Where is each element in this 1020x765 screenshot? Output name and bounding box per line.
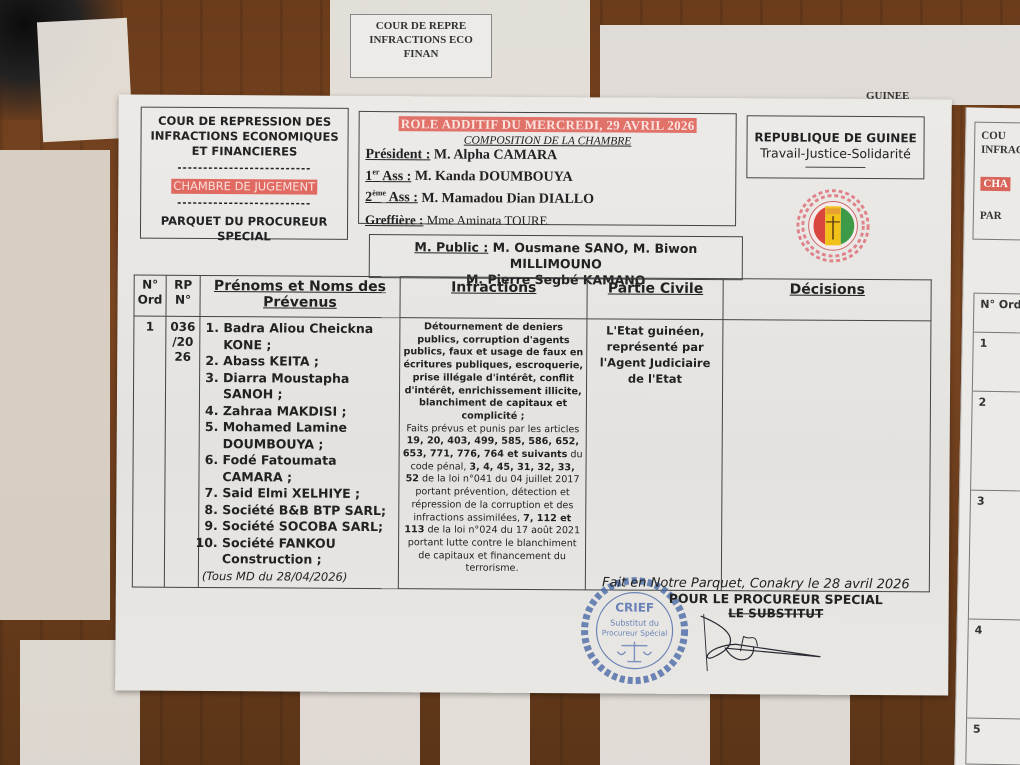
for-prosecutor-label: POUR LE PROCUREUR SPECIAL: [626, 591, 926, 608]
president-name: M. Alpha CAMARA: [434, 147, 557, 163]
court-name: COUR DE REPRESSION DES INFRACTIONS ECONO…: [141, 114, 347, 160]
prosecutors-line1: M. Ousmane SANO, M. Biwon MILLIMOUNO: [493, 240, 698, 272]
torn-paper-scrap: [600, 25, 1020, 105]
assessor2-name: M. Mamadou Dian DIALLO: [421, 191, 594, 207]
case-order-number: 1: [132, 316, 166, 587]
president-line: Président : M. Alpha CAMARA: [365, 146, 729, 165]
accused-item: Société SOCOBA SARL;: [222, 518, 395, 536]
president-label: Président :: [365, 147, 430, 162]
handwritten-signature-icon: [695, 606, 825, 677]
col-header-accused: Prénoms et Noms des Prévenus: [200, 275, 400, 317]
adjacent-col-header: N° Ord: [974, 294, 1020, 334]
assessor2-label-text: Ass :: [389, 190, 418, 205]
assessor1-name: M. Kanda DOUMBOUYA: [415, 169, 573, 185]
col-header-num: N° Ord: [134, 275, 166, 316]
charges-text: Détournement de deniers publics, corrupt…: [403, 321, 583, 422]
torn-paper-scrap: [0, 150, 110, 620]
hearing-roll-table: N° Ord RP N° Prénoms et Noms des Prévenu…: [132, 275, 932, 593]
old-header-line: FINAN: [351, 47, 491, 61]
detention-note: (Tous MD du 28/04/2026): [202, 567, 395, 585]
table-row: 1 036 /20 26 Badra Aliou Cheickna KONE ;…: [132, 316, 931, 592]
adjacent-table: N° Ord 1 2 3 4 5: [965, 293, 1020, 765]
torn-paper-scrap: [440, 690, 530, 765]
stamp-line1: Substitut du: [610, 618, 659, 627]
public-ministry-box: M. Public : M. Ousmane SANO, M. Biwon MI…: [369, 234, 743, 280]
assessor1-label: 1er Ass :: [365, 169, 411, 184]
adjacent-notice-sheet: COU INFRAC CHA PAR N° Ord 1 2 3 4 5: [954, 107, 1020, 765]
assessor2-label: 2ème Ass :: [365, 190, 418, 205]
assessor1-line: 1er Ass : M. Kanda DOUMBOUYA: [365, 163, 729, 187]
court-header-box: COUR DE REPRESSION DES INFRACTIONS ECONO…: [140, 107, 349, 240]
adjacent-chamber-label: CHA: [980, 177, 1011, 192]
crief-emblem-icon: [794, 187, 872, 265]
adjacent-row: 3: [969, 491, 1020, 621]
public-ministry-label: M. Public :: [414, 239, 488, 254]
accused-item: Fodé Fatoumata CAMARA ;: [222, 452, 395, 486]
accused-item: Badra Aliou Cheickna KONE ;: [223, 320, 396, 354]
accused-item: Société B&B BTP SARL;: [222, 502, 395, 520]
civil-party-cell: L'Etat guinéen, représenté par l'Agent J…: [586, 319, 723, 591]
legal-basis-text: Faits prévus et punis par les articles: [406, 423, 579, 435]
parquet-label: PARQUET DU PROCUREUR SPECIAL: [141, 214, 347, 245]
republic-title: REPUBLIQUE DE GUINEE: [748, 130, 924, 145]
accused-item: Mohamed Lamine DOUMBOUYA ;: [223, 419, 396, 453]
public-ministry-line1: M. Public : M. Ousmane SANO, M. Biwon MI…: [370, 239, 742, 273]
separator: --------------------------: [141, 198, 347, 211]
col-header-rp: RP N°: [166, 275, 200, 316]
assessor2-line: 2ème Ass : M. Mamadou Dian DIALLO: [365, 185, 729, 209]
separator: --------------------------: [141, 163, 347, 176]
adjacent-row: 5: [966, 719, 1020, 758]
col-header-decisions: Décisions: [723, 279, 931, 321]
adjacent-notice-header: COU INFRAC CHA PAR: [972, 122, 1020, 241]
col-header-infractions: Infractions: [400, 277, 588, 319]
adjacent-header-line: COU: [981, 129, 1020, 144]
divider: [805, 167, 865, 168]
table-header-row: N° Ord RP N° Prénoms et Noms des Prévenu…: [134, 275, 931, 321]
assessor1-label-text: Ass :: [382, 169, 411, 184]
adjacent-row: 1: [973, 333, 1020, 393]
accused-item: Zahraa MAKDISI ;: [223, 403, 396, 421]
col-header-accused-text: Prénoms et Noms des Prévenus: [214, 278, 386, 311]
clerk-label: Greffière :: [365, 212, 423, 227]
accused-item: Diarra Moustapha SANOH ;: [223, 370, 396, 404]
accused-cell: Badra Aliou Cheickna KONE ; Abass KEITA …: [198, 316, 399, 588]
infractions-cell: Détournement de deniers publics, corrupt…: [398, 318, 587, 590]
role-header-box: ROLE ADDITIF DU MERCREDI, 29 AVRIL 2026 …: [358, 111, 737, 226]
accused-list: Badra Aliou Cheickna KONE ; Abass KEITA …: [202, 320, 396, 569]
old-header-line: INFRACTIONS ECO: [351, 33, 491, 47]
col-header-civil-party-text: Partie Civile: [608, 280, 703, 297]
assessor1-ordinal-suffix: er: [372, 167, 379, 176]
republic-header-box: REPUBLIQUE DE GUINEE Travail-Justice-Sol…: [746, 115, 924, 179]
adjacent-header-line: INFRAC: [981, 143, 1020, 158]
adjacent-row: 2: [971, 392, 1020, 492]
chamber-label: CHAMBRE DE JUGEMENT: [171, 179, 317, 195]
legal-basis-text: de la loi n°024 du 17 août 2021 portant …: [408, 525, 580, 575]
court-roll-notice: COUR DE REPRESSION DES INFRACTIONS ECONO…: [115, 94, 952, 695]
accused-item: Abass KEITA ;: [223, 353, 396, 371]
place-and-date: Fait en Notre Parquet, Conakry le 28 avr…: [586, 575, 926, 592]
assessor1-ordinal: 1: [365, 169, 372, 184]
role-title: ROLE ADDITIF DU MERCREDI, 29 AVRIL 2026: [399, 116, 697, 133]
col-header-infractions-text: Infractions: [451, 279, 536, 296]
old-notice-header: COUR DE REPRE INFRACTIONS ECO FINAN: [350, 14, 492, 78]
torn-paper-scrap: [300, 680, 420, 765]
clerk-line: Greffière : Mme Aminata TOURE: [365, 212, 729, 230]
decision-cell: [722, 320, 931, 592]
republic-motto: Travail-Justice-Solidarité: [747, 145, 923, 161]
accused-item: Société FANKOU Construction ;: [222, 535, 395, 569]
torn-paper-scrap: [600, 690, 710, 765]
assessor2-ordinal-suffix: ème: [372, 189, 386, 198]
torn-paper-scrap: [760, 690, 850, 765]
stamp-line2: Procureur Spécial: [602, 628, 668, 637]
old-header-line: COUR DE REPRE: [351, 19, 491, 33]
assessor2-ordinal: 2: [365, 190, 372, 205]
clerk-name: Mme Aminata TOURE: [427, 213, 548, 229]
adjacent-row: 4: [967, 620, 1020, 720]
col-header-civil-party: Partie Civile: [587, 278, 723, 320]
penal-code-articles: 19, 20, 403, 499, 585, 586, 652, 653, 77…: [403, 436, 579, 461]
col-header-decisions-text: Décisions: [790, 282, 865, 298]
accused-item: Said Elmi XELHIYE ;: [222, 485, 395, 503]
adjacent-header-line: PAR: [980, 209, 1020, 224]
